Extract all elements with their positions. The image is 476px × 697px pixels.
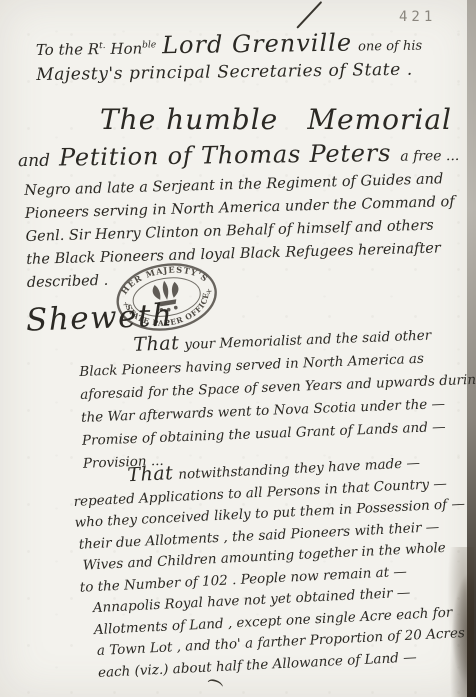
title-word: a free ... [400, 148, 459, 165]
title-word: The humble [100, 103, 278, 136]
salutation-text: Hon [106, 39, 143, 58]
petitioner-name: Petition of Thomas Peters [59, 139, 392, 172]
page-number: 421 [399, 9, 436, 25]
addressee-name: Lord Grenville [162, 29, 352, 60]
stamp-cross-right: + [205, 285, 213, 296]
salutation-line: To the Rt. HonbleLord Grenvilleone of hi… [36, 27, 462, 61]
paragraph-lead-word: That [127, 462, 174, 486]
salutation-block: To the Rt. HonbleLord Grenvilleone of hi… [36, 27, 463, 85]
title-word: Memorial [307, 103, 452, 136]
manuscript-page: 421 To the Rt. HonbleLord Grenvilleone o… [0, 0, 476, 697]
stray-pen-stroke [296, 1, 322, 29]
petition-title: and Petition of Thomas Peters a free ... [18, 138, 464, 172]
salutation-text: To the R [36, 40, 100, 59]
paragraph-2: Thatnotwithstanding they have made — rep… [72, 449, 472, 685]
salutation-text: one of his [358, 39, 422, 55]
superscript-ble: ble [142, 40, 156, 50]
paragraph-lead-word: That [133, 332, 180, 356]
salutation-line: Majesty's principal Secretaries of State… [36, 59, 462, 85]
memorial-title: The humble Memorial [100, 103, 452, 136]
preamble-block: Negro and late a Serjeant in the Regimen… [24, 168, 465, 295]
catchword-mark: ( [205, 678, 226, 687]
title-word: and [18, 151, 50, 171]
